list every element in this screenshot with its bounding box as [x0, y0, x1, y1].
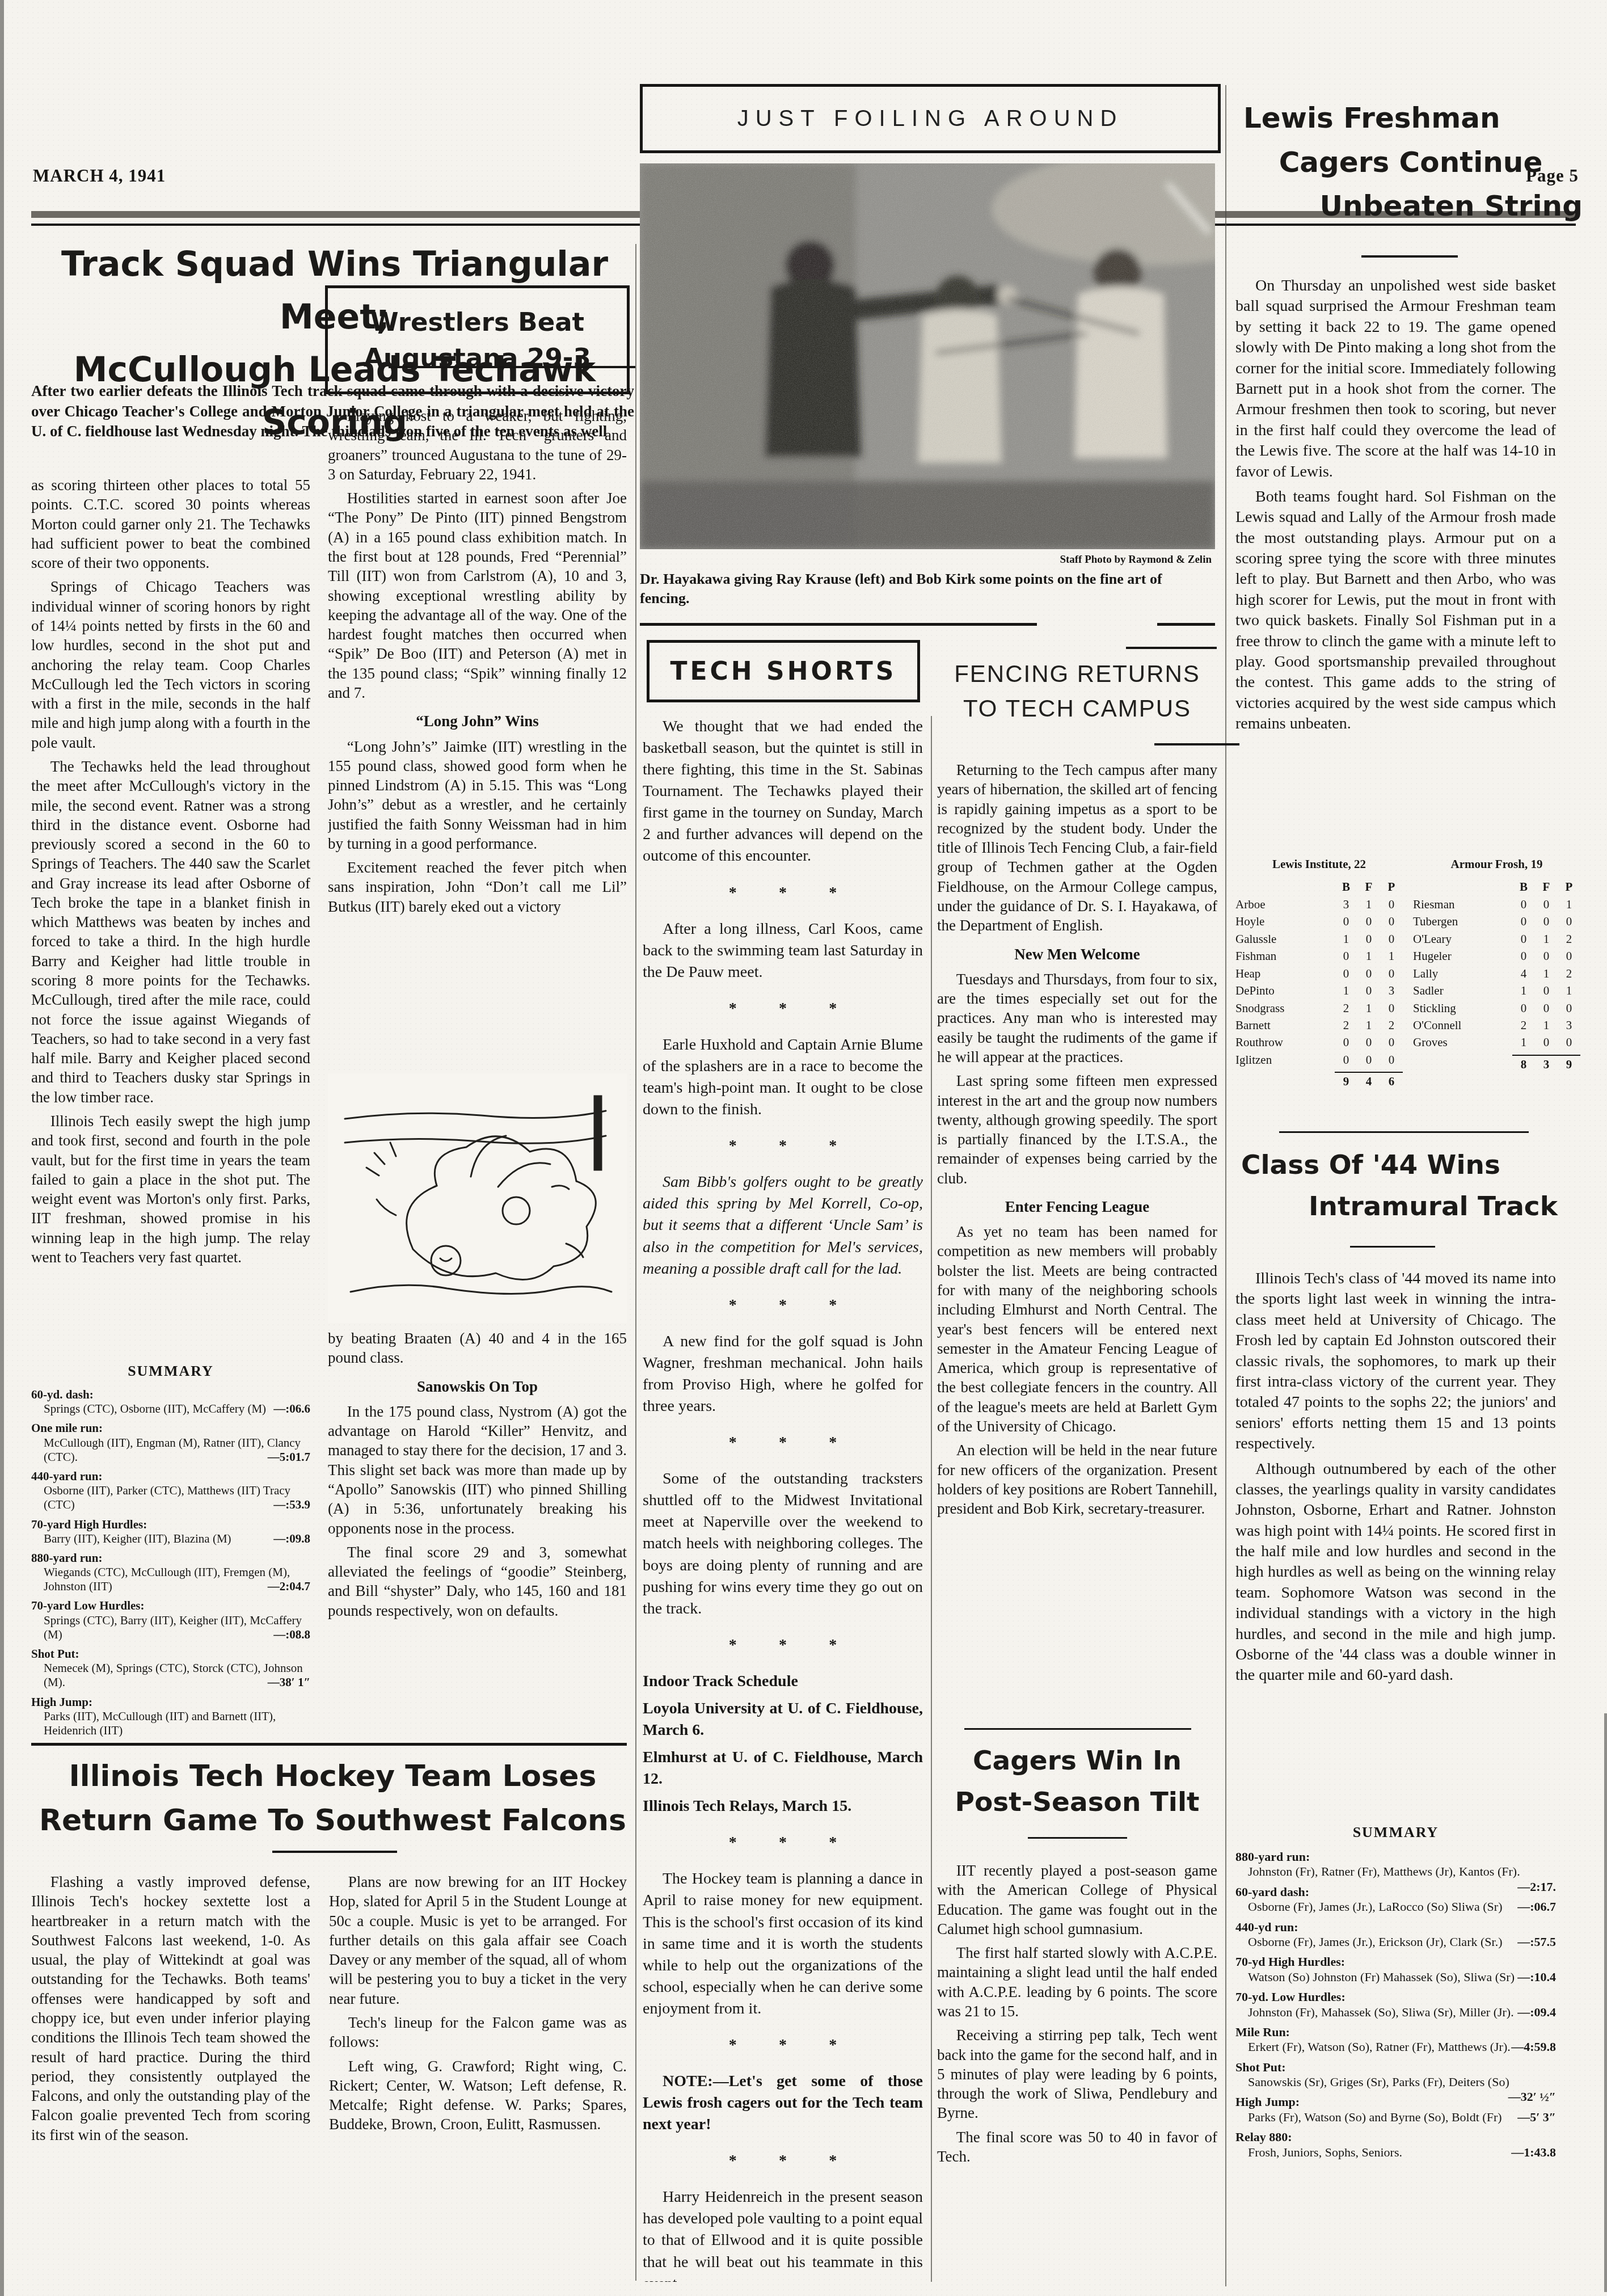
- player-p: 3: [1380, 982, 1403, 999]
- paragraph: Receiving a stirring pep talk, Tech went…: [937, 2025, 1217, 2122]
- boxscore-row: Hoyle 0 0 0: [1235, 913, 1403, 930]
- player-name: Iglitzen: [1235, 1051, 1335, 1068]
- player-f: 0: [1535, 982, 1558, 999]
- boxscore-totals: 9 4 6: [1235, 1072, 1403, 1090]
- fencing-rule-top: [1126, 647, 1217, 649]
- paragraph: Returning to the Tech campus after many …: [937, 760, 1217, 936]
- summary-placings: McCullough (IIT), Engman (M), Ratner (II…: [31, 1436, 310, 1464]
- player-b: 0: [1335, 1034, 1357, 1051]
- paragraph: As yet no team has been named for compet…: [937, 1222, 1217, 1436]
- wrestling-body-bottom: by beating Braaten (A) 40 and 4 in the 1…: [328, 1329, 627, 1734]
- summary-entry: 440-yd run: Osborne (Fr), James (Jr.), E…: [1235, 1920, 1556, 1950]
- boxscore-row: Iglitzen 0 0 0: [1235, 1051, 1403, 1068]
- fencing-photo: [640, 163, 1215, 549]
- boxscore-row: Routhrow 0 0 0: [1235, 1034, 1403, 1051]
- paragraph: An election will be held in the near fut…: [937, 1440, 1217, 1518]
- cagers-headline: Cagers Win In Post-Season Tilt: [937, 1741, 1217, 1823]
- wrestling-headline-box: Wrestlers Beat Augustana 29-3: [325, 285, 630, 394]
- player-b: 1: [1335, 930, 1357, 947]
- lewis-body-column: On Thursday an unpolished west side bask…: [1235, 276, 1556, 850]
- summary-entry: 70-yd High Hurdles: Watson (So) Johnston…: [1235, 1954, 1556, 1985]
- summary-event: 70-yard High Hurdles:: [31, 1518, 310, 1532]
- player-name: Tubergen: [1413, 913, 1512, 930]
- track-body-column: as scoring thirteen other places to tota…: [31, 475, 310, 1355]
- summary-event: Shot Put:: [1235, 2060, 1556, 2075]
- summary-event: Mile Run:: [1235, 2025, 1556, 2040]
- summary-placings: Erkert (Fr), Watson (So), Ratner (Fr), M…: [1235, 2040, 1556, 2054]
- lewis-headline-line2: Cagers Continue: [1235, 141, 1586, 185]
- paragraph: Flashing a vastly improved defense, Illi…: [31, 1872, 310, 2145]
- player-p: 0: [1380, 1051, 1403, 1068]
- shorts-item: Earle Huxhold and Captain Arnie Blume of…: [643, 1034, 923, 1120]
- summary-placings: Johnston (Fr), Mahassek (So), Sliwa (Sr)…: [1235, 2005, 1556, 2020]
- boxscore-row: Snodgrass 2 1 0: [1235, 1000, 1403, 1017]
- summary-mark: —:10.4: [1517, 1970, 1556, 1985]
- player-name: Hugeler: [1413, 947, 1512, 964]
- shorts-item: After a long illness, Carl Koos, came ba…: [643, 919, 923, 983]
- hockey-headline-rule: [272, 1851, 397, 1853]
- summary-placings: Springs (CTC), Osborne (IIT), McCaffery …: [31, 1402, 310, 1416]
- summary-entry: 60-yard dash: Osborne (Fr), James (Jr.),…: [1235, 1885, 1556, 1915]
- player-name: Lally: [1413, 965, 1512, 982]
- newspaper-page: MARCH 4, 1941 TECHNOLOGY NEWS Page 5 Tra…: [0, 0, 1607, 2296]
- player-name: Snodgrass: [1235, 1000, 1335, 1017]
- wrestling-headline-line1: Wrestlers Beat: [364, 304, 591, 340]
- shorts-item: * * *: [643, 1295, 923, 1316]
- class44-headline-line2: Intramural Track: [1235, 1186, 1580, 1228]
- summary-entry: Relay 880: Frosh, Juniors, Sophs, Senior…: [1235, 2130, 1556, 2160]
- shorts-item: * * *: [643, 998, 923, 1019]
- summary-entry: Mile Run: Erkert (Fr), Watson (So), Ratn…: [1235, 2025, 1556, 2055]
- summary-entry: Shot Put: Nemecek (M), Springs (CTC), St…: [31, 1647, 310, 1690]
- photo-credit: Staff Photo by Raymond & Zelin: [640, 554, 1215, 566]
- summary-mark: —:09.8: [273, 1532, 310, 1546]
- player-name: Routhrow: [1235, 1034, 1335, 1051]
- photo-caption: Dr. Hayakawa giving Ray Krause (left) an…: [640, 570, 1215, 608]
- wrestling-headline-line2: Augustana 29-3: [364, 340, 591, 376]
- column-rule: [1225, 85, 1226, 2286]
- boxscore-team-title: Armour Frosh, 19: [1413, 856, 1580, 873]
- summary-event: 60-yard dash:: [1235, 1885, 1556, 1899]
- boxscore-header: B F P: [1413, 878, 1580, 895]
- summary-placings: Frosh, Juniors, Sophs, Seniors. —1:43.8: [1235, 2145, 1556, 2160]
- summary-placings: Sanowskis (Sr), Griges (Sr), Parks (Fr),…: [1235, 2075, 1556, 2089]
- hockey-rule-top: [31, 1743, 627, 1746]
- summary-placings: Barry (IIT), Keigher (IIT), Blazina (M) …: [31, 1532, 310, 1546]
- summary-entry: 70-yard Low Hurdles: Springs (CTC), Barr…: [31, 1599, 310, 1642]
- summary-entry: 70-yd. Low Hurdles: Johnston (Fr), Mahas…: [1235, 1990, 1556, 2020]
- summary-mark: —4:59.8: [1511, 2040, 1556, 2054]
- shorts-item: * * *: [643, 1432, 923, 1454]
- summary-names: Osborne (IIT), Parker (CTC), Matthews (I…: [44, 1484, 290, 1511]
- player-f: 1: [1357, 947, 1380, 964]
- summary-entry: Shot Put: Sanowskis (Sr), Griges (Sr), P…: [1235, 2060, 1556, 2090]
- player-p: 1: [1380, 947, 1403, 964]
- column-rule: [931, 716, 932, 2282]
- wrestling-cartoon-illustration: [328, 1073, 627, 1323]
- player-b: 0: [1335, 947, 1357, 964]
- paragraph: Tech's lineup for the Falcon game was as…: [329, 2013, 627, 2052]
- summary-placings: Parks (Fr), Watson (So) and Byrne (So), …: [1235, 2110, 1556, 2125]
- shorts-item: Sam Bibb's golfers ought to be greatly a…: [643, 1172, 923, 1279]
- hockey-column-b: Plans are now brewing for an IIT Hockey …: [329, 1872, 627, 2292]
- player-p: 0: [1558, 1000, 1580, 1017]
- boxscore-totals: 8 3 9: [1413, 1055, 1580, 1073]
- summary-mark: —2:04.7: [268, 1579, 310, 1594]
- summary-names: Wiegands (CTC), McCullough (IIT), Fremge…: [44, 1565, 290, 1593]
- paragraph: On Thursday an unpolished west side bask…: [1235, 276, 1556, 482]
- column-rule: [635, 244, 636, 2281]
- boxscore-row: Groves 1 0 0: [1413, 1034, 1580, 1051]
- cagers-body-column: IIT recently played a post-season game w…: [937, 1861, 1217, 2289]
- lewis-headline-line1: Lewis Freshman: [1235, 96, 1586, 141]
- player-name: Barnett: [1235, 1017, 1335, 1034]
- col-baskets: B: [1512, 878, 1535, 895]
- scan-edge-left: [0, 0, 4, 2296]
- shorts-item: Illinois Tech Relays, March 15.: [643, 1796, 923, 1817]
- total-f: 4: [1357, 1072, 1380, 1090]
- summary-entry: 60-yd. dash: Springs (CTC), Osborne (IIT…: [31, 1388, 310, 1416]
- paragraph: In the 175 pound class, Nystrom (A) got …: [328, 1402, 627, 1538]
- summary-names: Osborne (Fr), James (Jr.), Erickson (Jr)…: [1248, 1935, 1502, 1949]
- paragraph: Hostilities started in earnest soon afte…: [328, 488, 627, 702]
- shorts-item: Elmhurst at U. of C. Fieldhouse, March 1…: [643, 1747, 923, 1790]
- boxscore-row: O'Connell 2 1 3: [1413, 1017, 1580, 1034]
- paragraph: The final score 29 and 3, somewhat allev…: [328, 1543, 627, 1620]
- paragraph: Playing host to a weaker, but fighting, …: [328, 406, 627, 484]
- shorts-item: * * *: [643, 1135, 923, 1157]
- player-name: Groves: [1413, 1034, 1512, 1051]
- summary-names: Erkert (Fr), Watson (So), Ratner (Fr), M…: [1248, 2040, 1511, 2054]
- summary-event: Relay 880:: [1235, 2130, 1556, 2145]
- player-b: 0: [1512, 913, 1535, 930]
- summary-entry: 880-yard run: Johnston (Fr), Ratner (Fr)…: [1235, 1850, 1556, 1880]
- player-p: 2: [1558, 965, 1580, 982]
- player-name: Galussle: [1235, 930, 1335, 947]
- player-b: 1: [1512, 1034, 1535, 1051]
- fencing-body-column: Returning to the Tech campus after many …: [937, 760, 1217, 1722]
- shorts-item: * * *: [643, 2150, 923, 2172]
- summary-names: Frosh, Juniors, Sophs, Seniors.: [1248, 2145, 1402, 2159]
- track-summary-title: SUMMARY: [31, 1363, 310, 1380]
- summary-placings: Wiegands (CTC), McCullough (IIT), Fremge…: [31, 1565, 310, 1594]
- shorts-item: Loyola University at U. of C. Fieldhouse…: [643, 1698, 923, 1741]
- player-b: 0: [1512, 1000, 1535, 1017]
- track-summary: 60-yd. dash: Springs (CTC), Osborne (IIT…: [31, 1388, 310, 1737]
- player-p: 0: [1380, 1034, 1403, 1051]
- fencing-headline-line1: FENCING RETURNS: [937, 657, 1217, 692]
- summary-mark: —5:01.7: [268, 1450, 310, 1464]
- paragraph: Tuesdays and Thursdays, from four to six…: [937, 970, 1217, 1067]
- summary-event: 70-yd High Hurdles:: [1235, 1954, 1556, 1969]
- boxscore: Lewis Institute, 22 B F P Arboe 3 1 0: [1235, 856, 1580, 1125]
- player-name: Heap: [1235, 965, 1335, 982]
- shorts-item: We thought that we had ended the basketb…: [643, 716, 923, 867]
- summary-event: 440-yard run:: [31, 1469, 310, 1484]
- player-b: 2: [1335, 1000, 1357, 1017]
- paragraph: Last spring some fifteen men expressed i…: [937, 1071, 1217, 1188]
- player-f: 0: [1357, 930, 1380, 947]
- summary-entry: 880-yard run: Wiegands (CTC), McCullough…: [31, 1551, 310, 1594]
- summary-placings: Springs (CTC), Barry (IIT), Keigher (IIT…: [31, 1613, 310, 1642]
- class44-headline: Class Of '44 Wins Intramural Track: [1235, 1145, 1580, 1228]
- fencing-headline-line2: TO TECH CAMPUS: [937, 692, 1217, 726]
- player-f: 1: [1357, 1000, 1380, 1017]
- player-name: Stickling: [1413, 1000, 1512, 1017]
- player-p: 0: [1380, 930, 1403, 947]
- summary-placings: Johnston (Fr), Ratner (Fr), Matthews (Jr…: [1235, 1864, 1556, 1879]
- boxscore-row: Lally 4 1 2: [1413, 965, 1580, 982]
- player-f: 0: [1535, 947, 1558, 964]
- player-p: 2: [1380, 1017, 1403, 1034]
- boxscore-row: Arboe 3 1 0: [1235, 896, 1403, 913]
- summary-entry: High Jump: Parks (IIT), McCullough (IIT)…: [31, 1695, 310, 1737]
- summary-placings: Osborne (Fr), James (Jr.), LaRocco (So) …: [1235, 1899, 1556, 1914]
- lewis-headline: Lewis Freshman Cagers Continue Unbeaten …: [1235, 96, 1586, 229]
- summary-entry: 440-yard run: Osborne (IIT), Parker (CTC…: [31, 1469, 310, 1513]
- boxscore-team-title: Lewis Institute, 22: [1235, 856, 1403, 873]
- summary-names: Barry (IIT), Keigher (IIT), Blazina (M): [44, 1532, 231, 1545]
- player-name: Sadler: [1413, 982, 1512, 999]
- summary-event: 60-yd. dash:: [31, 1388, 310, 1402]
- player-p: 3: [1558, 1017, 1580, 1034]
- boxscore-row: Galussle 1 0 0: [1235, 930, 1403, 947]
- player-b: 3: [1335, 896, 1357, 913]
- summary-event: 880-yard run:: [31, 1551, 310, 1565]
- shorts-item: * * *: [643, 882, 923, 904]
- player-f: 0: [1357, 982, 1380, 999]
- player-name: Fishman: [1235, 947, 1335, 964]
- summary-entry: 70-yard High Hurdles: Barry (IIT), Keigh…: [31, 1518, 310, 1546]
- summary-names: Nemecek (M), Springs (CTC), Storck (CTC)…: [44, 1661, 303, 1689]
- summary-names: Johnston (Fr), Mahassek (So), Sliwa (Sr)…: [1248, 2005, 1514, 2019]
- paragraph: Excitement reached the fever pitch when …: [328, 858, 627, 916]
- boxscore-row: Riesman 0 0 1: [1413, 896, 1580, 913]
- summary-mark: —2:17.: [1517, 1880, 1556, 1894]
- summary-mark: —:06.6: [273, 1402, 310, 1416]
- tech-shorts-box: TECH SHORTS: [647, 640, 920, 702]
- boxscore-row: Hugeler 0 0 0: [1413, 947, 1580, 964]
- boxscore-team-armour: Armour Frosh, 19 B F P Riesman 0 0 1: [1413, 856, 1580, 1125]
- lewis-headline-line3: Unbeaten String: [1235, 184, 1586, 229]
- player-p: 0: [1380, 965, 1403, 982]
- player-b: 2: [1335, 1017, 1357, 1034]
- player-f: 0: [1535, 1034, 1558, 1051]
- boxscore-row: O'Leary 0 1 2: [1413, 930, 1580, 947]
- player-name: O'Connell: [1413, 1017, 1512, 1034]
- player-f: 0: [1357, 965, 1380, 982]
- class44-rule-top: [1279, 1131, 1529, 1133]
- total-f: 3: [1535, 1055, 1558, 1073]
- player-f: 0: [1357, 1034, 1380, 1051]
- player-b: 0: [1512, 896, 1535, 913]
- paragraph: Plans are now brewing for an IIT Hockey …: [329, 1872, 627, 2008]
- player-f: 0: [1535, 913, 1558, 930]
- summary-event: 880-yard run:: [1235, 1850, 1556, 1864]
- paragraph: as scoring thirteen other places to tota…: [31, 475, 310, 572]
- hockey-headline-line1: Illinois Tech Hockey Team Loses: [31, 1754, 634, 1798]
- total-p: 9: [1558, 1055, 1580, 1073]
- boxscore-row: Barnett 2 1 2: [1235, 1017, 1403, 1034]
- hockey-headline: Illinois Tech Hockey Team Loses Return G…: [31, 1754, 634, 1843]
- player-f: 1: [1535, 930, 1558, 947]
- summary-placings: Parks (IIT), McCullough (IIT) and Barnet…: [31, 1709, 310, 1737]
- boxscore-rows: Riesman 0 0 1 Tubergen 0 0 0 O'Leary: [1413, 896, 1580, 1051]
- shorts-item: A new find for the golf squad is John Wa…: [643, 1331, 923, 1417]
- player-name: O'Leary: [1413, 930, 1512, 947]
- player-name: Hoyle: [1235, 913, 1335, 930]
- paragraph: The first half started slowly with A.C.P…: [937, 1943, 1217, 2021]
- summary-mark: —38′ 1″: [268, 1675, 310, 1690]
- paragraph: IIT recently played a post-season game w…: [937, 1861, 1217, 1939]
- summary-names: Johnston (Fr), Ratner (Fr), Matthews (Jr…: [1248, 1864, 1520, 1878]
- player-f: 0: [1535, 896, 1558, 913]
- total-b: 9: [1335, 1072, 1357, 1090]
- summary-mark: —:53.9: [273, 1498, 310, 1512]
- col-freethrows: F: [1357, 878, 1380, 895]
- class44-headline-line1: Class Of '44 Wins: [1235, 1145, 1580, 1186]
- photo-banner-title: JUST FOILING AROUND: [737, 106, 1124, 132]
- summary-names: McCullough (IIT), Engman (M), Ratner (II…: [44, 1436, 301, 1464]
- paragraph: “Long John” Wins: [328, 711, 627, 731]
- player-b: 4: [1512, 965, 1535, 982]
- player-b: 1: [1335, 982, 1357, 999]
- total-p: 6: [1380, 1072, 1403, 1090]
- paragraph: Both teams fought hard. Sol Fishman on t…: [1235, 487, 1556, 735]
- tech-shorts-column: We thought that we had ended the basketb…: [643, 716, 923, 2282]
- boxscore-header: B F P: [1235, 878, 1403, 895]
- shorts-item: The Hockey team is planning a dance in A…: [643, 1868, 923, 2020]
- col-fouls: P: [1558, 878, 1580, 895]
- player-name: DePinto: [1235, 982, 1335, 999]
- player-b: 1: [1512, 982, 1535, 999]
- player-f: 0: [1357, 913, 1380, 930]
- summary-event: Shot Put:: [31, 1647, 310, 1661]
- wrestling-body-top: Playing host to a weaker, but fighting, …: [328, 406, 627, 1069]
- player-f: 1: [1535, 1017, 1558, 1034]
- boxscore-row: Heap 0 0 0: [1235, 965, 1403, 982]
- shorts-item: NOTE:—Let's get some of those Lewis fros…: [643, 2071, 923, 2135]
- cagers-rule-bottom: [1028, 1837, 1127, 1839]
- fencing-headline: FENCING RETURNS TO TECH CAMPUS: [937, 657, 1217, 726]
- class44-body-column: Illinois Tech's class of '44 moved its n…: [1235, 1269, 1556, 1818]
- player-name: Arboe: [1235, 896, 1335, 913]
- summary-mark: —:06.7: [1517, 1899, 1556, 1914]
- boxscore-row: Tubergen 0 0 0: [1413, 913, 1580, 930]
- paragraph: “Long John’s” Jaimke (IIT) wrestling in …: [328, 737, 627, 854]
- summary-names: Springs (CTC), Osborne (IIT), McCaffery …: [44, 1402, 266, 1415]
- paragraph: The final score was 50 to 40 in favor of…: [937, 2128, 1217, 2167]
- summary-placings: Watson (So) Johnston (Fr) Mahassek (So),…: [1235, 1970, 1556, 1985]
- shorts-item: * * *: [643, 2034, 923, 2056]
- paragraph: Left wing, G. Crawford; Right wing, C. R…: [329, 2057, 627, 2134]
- player-f: 0: [1357, 1051, 1380, 1068]
- paragraph: Springs of Chicago Teachers was individu…: [31, 577, 310, 752]
- cagers-headline-line1: Cagers Win In: [937, 1741, 1217, 1782]
- summary-names: Parks (IIT), McCullough (IIT) and Barnet…: [44, 1709, 276, 1737]
- col-fouls: P: [1380, 878, 1403, 895]
- player-f: 1: [1357, 896, 1380, 913]
- boxscore-row: Fishman 0 1 1: [1235, 947, 1403, 964]
- caption-rule: [640, 623, 1037, 626]
- shorts-item: Harry Heidenreich in the present season …: [643, 2187, 923, 2282]
- caption-rule-right: [1157, 623, 1215, 626]
- player-p: 0: [1380, 896, 1403, 913]
- paragraph: New Men Welcome: [937, 945, 1217, 964]
- paragraph: Although outnumbered by each of the othe…: [1235, 1459, 1556, 1686]
- player-f: 1: [1535, 965, 1558, 982]
- total-b: 8: [1512, 1055, 1535, 1073]
- paragraph: Sanowskis On Top: [328, 1377, 627, 1396]
- paragraph: Illinois Tech's class of '44 moved its n…: [1235, 1269, 1556, 1455]
- col-freethrows: F: [1535, 878, 1558, 895]
- player-b: 0: [1335, 1051, 1357, 1068]
- shorts-item: Indoor Track Schedule: [643, 1671, 923, 1692]
- player-p: 0: [1558, 947, 1580, 964]
- cagers-headline-line2: Post-Season Tilt: [937, 1782, 1217, 1823]
- summary-placings: Osborne (Fr), James (Jr.), Erickson (Jr)…: [1235, 1935, 1556, 1949]
- player-f: 0: [1535, 1000, 1558, 1017]
- summary-mark: —1:43.8: [1511, 2145, 1556, 2160]
- player-p: 1: [1558, 896, 1580, 913]
- shorts-item: * * *: [643, 1832, 923, 1853]
- summary-names: Sanowskis (Sr), Griges (Sr), Parks (Fr),…: [1248, 2075, 1509, 2089]
- player-p: 1: [1558, 982, 1580, 999]
- boxscore-team-lewis: Lewis Institute, 22 B F P Arboe 3 1 0: [1235, 856, 1403, 1125]
- paragraph: Illinois Tech easily swept the high jump…: [31, 1111, 310, 1267]
- summary-names: Parks (Fr), Watson (So) and Byrne (So), …: [1248, 2110, 1502, 2124]
- class44-headline-rule: [1350, 1246, 1435, 1248]
- summary-mark: —5′ 3″: [1517, 2110, 1556, 2125]
- player-p: 0: [1380, 1000, 1403, 1017]
- paragraph: by beating Braaten (A) 40 and 4 in the 1…: [328, 1329, 627, 1368]
- hockey-column-a: Flashing a vastly improved defense, Illi…: [31, 1872, 310, 2292]
- summary-mark: —:57.5: [1517, 1935, 1556, 1949]
- player-b: 0: [1512, 947, 1535, 964]
- player-b: 0: [1335, 913, 1357, 930]
- paragraph: Enter Fencing League: [937, 1197, 1217, 1216]
- shorts-item: Some of the outstanding tracksters shutt…: [643, 1468, 923, 1620]
- tech-shorts-title: TECH SHORTS: [670, 657, 896, 686]
- player-b: 0: [1512, 930, 1535, 947]
- player-f: 1: [1357, 1017, 1380, 1034]
- summary-mark: —32′ ½″: [1508, 2089, 1556, 2104]
- player-p: 0: [1380, 913, 1403, 930]
- col-baskets: B: [1335, 878, 1357, 895]
- summary-event: One mile run:: [31, 1421, 310, 1435]
- summary-names: Springs (CTC), Barry (IIT), Keigher (IIT…: [44, 1613, 302, 1641]
- player-p: 2: [1558, 930, 1580, 947]
- boxscore-row: Sadler 1 0 1: [1413, 982, 1580, 999]
- scan-edge-right: [1604, 1713, 1607, 2292]
- player-b: 0: [1335, 965, 1357, 982]
- summary-event: 70-yd. Low Hurdles:: [1235, 1990, 1556, 2004]
- hockey-headline-line2: Return Game To Southwest Falcons: [31, 1798, 634, 1843]
- fencing-rule-bottom: [1154, 743, 1239, 745]
- summary-mark: —:09.4: [1517, 2005, 1556, 2020]
- player-b: 2: [1512, 1017, 1535, 1034]
- class44-summary-title: SUMMARY: [1235, 1824, 1556, 1841]
- shorts-item: * * *: [643, 1634, 923, 1656]
- summary-event: High Jump:: [31, 1695, 310, 1709]
- summary-mark: —:08.8: [273, 1628, 310, 1642]
- boxscore-row: Stickling 0 0 0: [1413, 1000, 1580, 1017]
- cagers-rule-top: [964, 1728, 1191, 1730]
- boxscore-row: DePinto 1 0 3: [1235, 982, 1403, 999]
- player-p: 0: [1558, 1034, 1580, 1051]
- player-name: Riesman: [1413, 896, 1512, 913]
- summary-names: Osborne (Fr), James (Jr.), LaRocco (So) …: [1248, 1899, 1502, 1914]
